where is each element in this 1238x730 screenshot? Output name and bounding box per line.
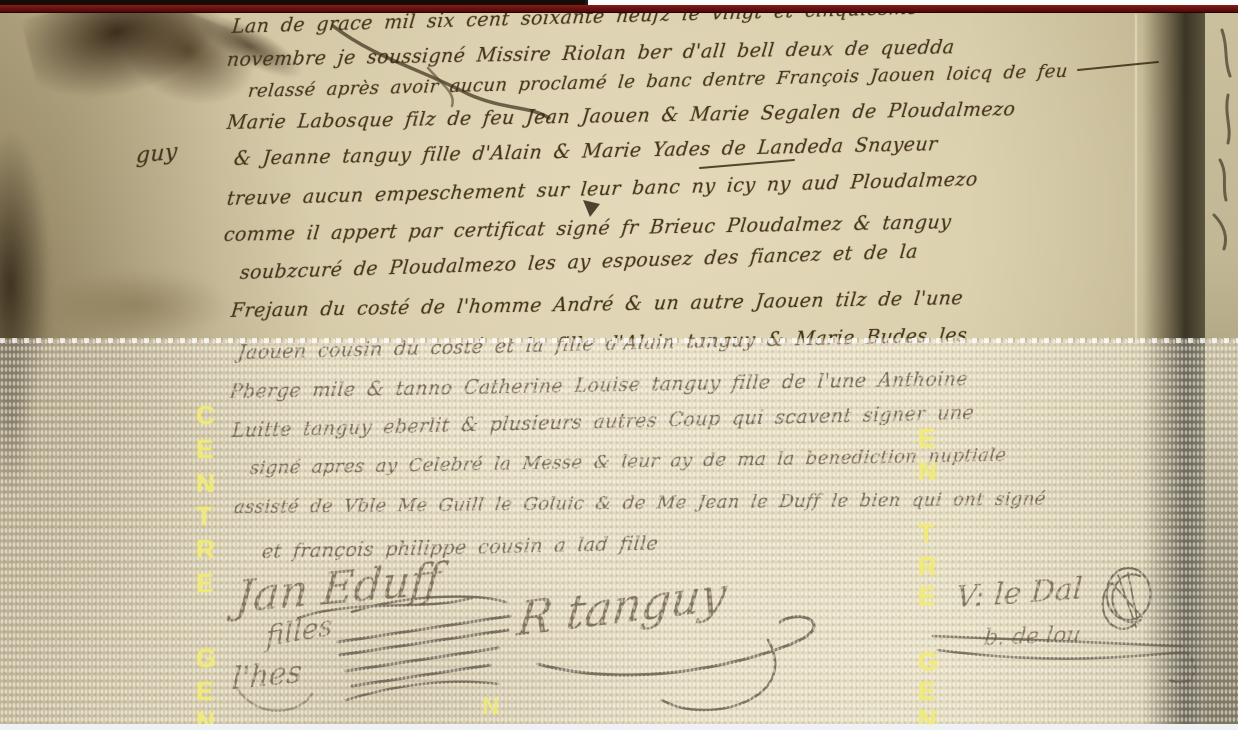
watermark-letter: E — [918, 423, 935, 454]
page-gutter-shadow — [1142, 12, 1212, 724]
watermark-letter: N — [196, 468, 215, 499]
watermark-letter: E — [196, 568, 213, 599]
signature-de-lou: b. de lou — [983, 623, 1082, 651]
watermark-letter: E — [196, 676, 213, 707]
watermark-letter: R — [918, 551, 937, 582]
watermark-letter: T — [918, 518, 934, 549]
margin-note: guy — [136, 140, 179, 170]
watermark-letter: E — [918, 676, 935, 707]
watermark-letter: G — [918, 646, 938, 677]
watermark-letter: T — [196, 501, 212, 532]
manuscript-scan: Lan de grace mil six cent soixante neufz… — [0, 0, 1238, 730]
watermark-letter: E — [918, 581, 935, 612]
bottom-white-strip — [0, 724, 1238, 730]
watermark-letter: E — [196, 434, 213, 465]
watermark-letter: N — [918, 456, 937, 487]
watermark-letter: C — [196, 400, 215, 431]
maroon-border — [0, 5, 1238, 13]
watermark-letter: N — [482, 693, 499, 721]
fold-crease — [1135, 14, 1137, 344]
watermark-letter: R — [196, 534, 215, 565]
watermark-letter: G — [196, 643, 216, 674]
adjacent-page — [1205, 12, 1238, 724]
